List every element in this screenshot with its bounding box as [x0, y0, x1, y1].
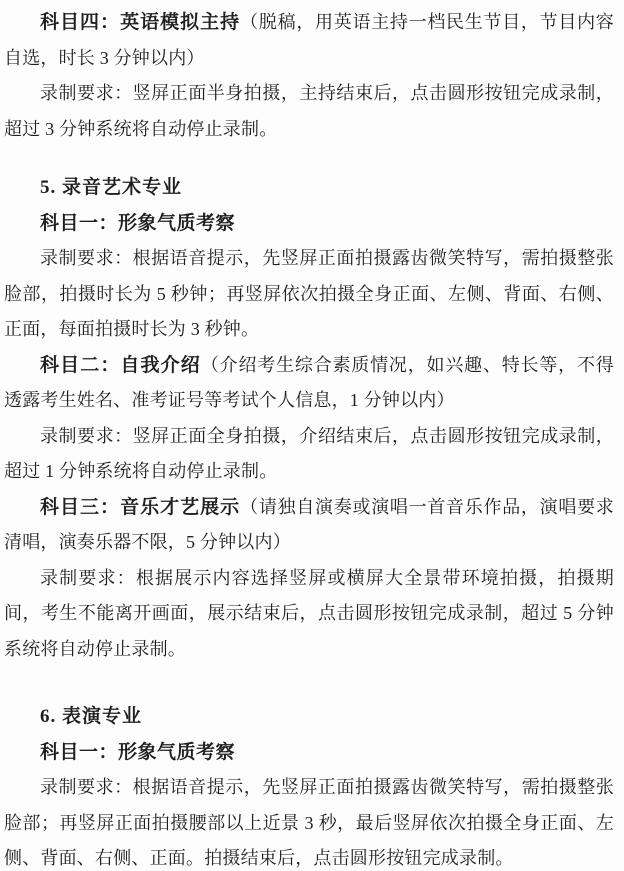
recording-requirement-paragraph: 录制要求：根据展示内容选择竖屏或横屏大全景带环境拍摄，拍摄期间，考生不能离开画面… — [4, 561, 614, 668]
subject-heading-title: 科目四：英语模拟主持 — [40, 12, 240, 33]
section-heading-5-recording-arts: 5. 录音艺术专业 — [4, 170, 614, 206]
subject-heading-three: 科目三：音乐才艺展示（请独自演奏或演唱一首音乐作品，演唱要求清唱，演奏乐器不限，… — [4, 490, 614, 561]
subject-heading-title: 科目一：形象气质考察 — [40, 213, 235, 234]
subject-heading-two: 科目二：自我介绍（介绍考生综合素质情况，如兴趣、特长等，不得透露考生姓名、准考证… — [4, 348, 614, 419]
subject-heading-four: 科目四：英语模拟主持（脱稿，用英语主持一档民生节目，节目内容自选，时长 3 分钟… — [4, 5, 614, 76]
subject-heading-title: 科目一：形象气质考察 — [40, 742, 235, 763]
subject-heading-one: 科目一：形象气质考察 — [4, 735, 614, 771]
recording-requirement-paragraph: 录制要求：根据语音提示，先竖屏正面拍摄露齿微笑特写，需拍摄整张脸部，拍摄时长为 … — [4, 241, 614, 348]
subject-heading-title: 科目三：音乐才艺展示 — [40, 497, 240, 518]
recording-requirement-paragraph: 录制要求：根据语音提示，先竖屏正面拍摄露齿微笑特写，需拍摄整张脸部；再竖屏正面拍… — [4, 770, 614, 871]
recording-requirement-paragraph: 录制要求：竖屏正面半身拍摄，主持结束后，点击圆形按钮完成录制，超过 3 分钟系统… — [4, 76, 614, 147]
document-page: 科目四：英语模拟主持（脱稿，用英语主持一档民生节目，节目内容自选，时长 3 分钟… — [0, 0, 624, 871]
subject-heading-one: 科目一：形象气质考察 — [4, 206, 614, 242]
recording-requirement-paragraph: 录制要求：竖屏正面全身拍摄，介绍结束后，点击圆形按钮完成录制，超过 1 分钟系统… — [4, 419, 614, 490]
subject-heading-title: 科目二：自我介绍 — [40, 355, 201, 376]
section-heading-6-performance: 6. 表演专业 — [4, 699, 614, 735]
